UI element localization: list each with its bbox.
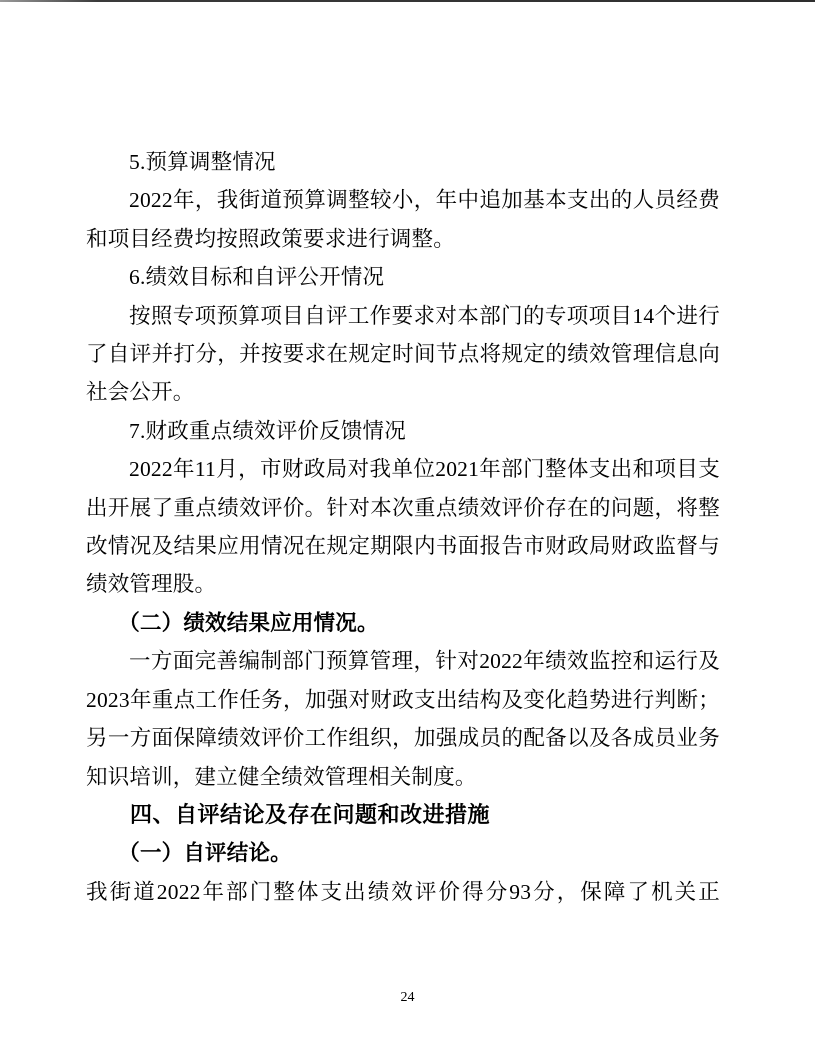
page-footer: 24 <box>0 988 815 1006</box>
section-heading-4-conclusion-problems-improvements: 四、自评结论及存在问题和改进措施 <box>86 796 720 834</box>
para-self-evaluation-disclosure: 按照专项预算项目自评工作要求对本部门的专项项目14个进行了自评并打分，并按要求在… <box>86 297 720 412</box>
para-performance-result-application: 一方面完善编制部门预算管理，针对2022年绩效监控和运行及2023年重点工作任务… <box>86 642 720 796</box>
subheading-2-performance-result-application: （二）绩效结果应用情况。 <box>86 604 720 642</box>
subheading-6-performance-goal-disclosure: 6.绩效目标和自评公开情况 <box>86 258 720 296</box>
para-self-evaluation-score: 我街道2022年部门整体支出绩效评价得分93分，保障了机关正 <box>86 873 720 911</box>
page-number: 24 <box>401 990 415 1005</box>
document-page: { "page": { "number": "24" }, "colors": … <box>0 0 815 1055</box>
subheading-1-self-evaluation-conclusion: （一）自评结论。 <box>86 834 720 872</box>
scan-top-edge-line <box>0 0 815 2</box>
subheading-7-fiscal-key-evaluation-feedback: 7.财政重点绩效评价反馈情况 <box>86 412 720 450</box>
subheading-5-budget-adjustment: 5.预算调整情况 <box>86 143 720 181</box>
document-body: 5.预算调整情况 2022年，我街道预算调整较小，年中追加基本支出的人员经费和项… <box>86 143 720 911</box>
para-budget-adjustment: 2022年，我街道预算调整较小，年中追加基本支出的人员经费和项目经费均按照政策要… <box>86 181 720 258</box>
para-fiscal-key-evaluation: 2022年11月，市财政局对我单位2021年部门整体支出和项目支出开展了重点绩效… <box>86 450 720 604</box>
